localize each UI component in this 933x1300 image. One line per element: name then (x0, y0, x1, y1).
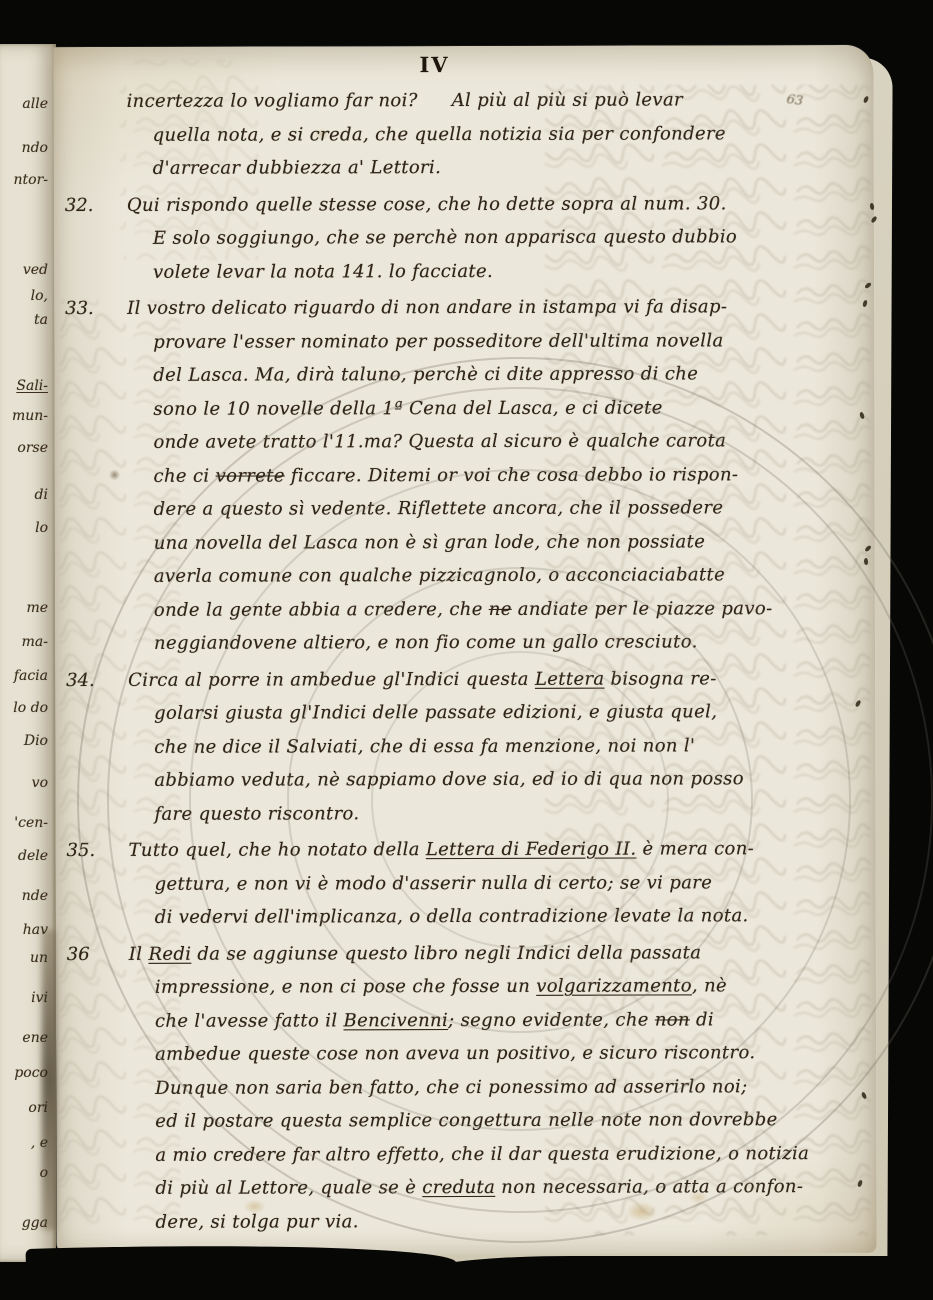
text-line: neggiandovene altiero, e non fio come un… (128, 625, 867, 660)
text-line: che ci vorrete ficcare. Ditemi or voi ch… (127, 457, 866, 492)
binding-gutter (42, 930, 56, 1230)
margin-fragment: ma- (22, 634, 48, 650)
margin-fragment: 'cen- (14, 815, 48, 831)
margin-fragment: lo, (31, 288, 48, 304)
margin-fragment: mun- (12, 408, 48, 424)
text-line: sono le 10 novelle della 1ª Cena del Las… (127, 390, 866, 425)
text-line: dere a questo sì vedente. Riflettete anc… (128, 491, 867, 526)
margin-fragment: ntor- (14, 172, 49, 188)
paragraph: 35.Tutto quel, che ho notato della Lette… (61, 832, 867, 935)
text-line: incertezza lo vogliamo far noi?Al più al… (127, 83, 866, 118)
manuscript-text: incertezza lo vogliamo far noi?Al più al… (60, 83, 869, 1242)
text-line: averla comune con qualche pizzicagnolo, … (128, 558, 867, 593)
margin-fragment: vo (32, 775, 48, 791)
margin-fragment: lo (35, 520, 48, 536)
text-line: di vedervi dell'implicanza, o della cont… (129, 899, 868, 934)
paragraph: 34.Circa al porre in ambedue gl'Indici q… (61, 661, 867, 831)
text-line: d'arrecar dubbiezza a' Lettori. (127, 150, 866, 185)
photo-background: allendontor-vedlo,taSali-mun-orsedilomem… (0, 0, 933, 1300)
text-line: Qui rispondo quelle stesse cose, che ho … (127, 186, 866, 221)
paragraph-number: 32. (60, 188, 127, 289)
text-line: provare l'esser nominato per posseditore… (127, 323, 866, 358)
text-line: che l'avesse fatto il Bencivenni; segno … (129, 1002, 868, 1037)
text-line: ed il postare questa semplice congettura… (129, 1103, 868, 1138)
margin-fragment: ta (34, 312, 48, 328)
text-line: gettura, e non vi è modo d'asserir nulla… (129, 865, 868, 900)
margin-fragment: ved (23, 262, 48, 278)
manuscript-page: IV 63 incertezza lo vogliamo far noi?Al … (53, 45, 876, 1255)
text-line: fare questo riscontro. (128, 795, 867, 830)
paragraph-number: 35. (61, 834, 128, 935)
margin-fragment: Sali- (16, 378, 48, 394)
margin-fragment: Dio (24, 733, 48, 749)
text-line: abbiamo veduta, nè sappiamo dove sia, ed… (128, 762, 867, 797)
text-line: onde la gente abbia a credere, che ne an… (128, 591, 867, 626)
text-line: ambedue queste cose non aveva un positiv… (129, 1036, 868, 1071)
paragraph-lines: Il Redi da se aggiunse questo libro negl… (129, 935, 869, 1238)
text-line: Dunque non saria ben fatto, che ci pones… (129, 1069, 868, 1104)
margin-fragment: lo do (13, 700, 48, 716)
page-header-numeral: IV (419, 52, 449, 77)
text-line: Il Redi da se aggiunse questo libro negl… (129, 935, 868, 970)
paragraph: 33.Il vostro delicato riguardo di non an… (60, 290, 867, 661)
margin-fragment: nde (22, 888, 48, 904)
text-line: onde avete tratto l'11.ma? Questa al sic… (127, 424, 866, 459)
paragraph-lines: incertezza lo vogliamo far noi?Al più al… (127, 83, 866, 185)
text-line: di più al Lettore, quale se è creduta no… (129, 1170, 868, 1205)
page-bottom-shadow (430, 1256, 900, 1296)
paragraph: 32.Qui rispondo quelle stesse cose, che … (60, 186, 866, 289)
margin-fragment: ndo (22, 140, 48, 156)
margin-fragment: dele (18, 848, 48, 864)
text-line: golarsi giusta gl'Indici delle passate e… (128, 695, 867, 730)
margin-fragment: facia (14, 668, 48, 684)
text-line: Il vostro delicato riguardo di non andar… (127, 290, 866, 325)
paragraph-number: 33. (60, 292, 128, 661)
paragraph-lines: Circa al porre in ambedue gl'Indici ques… (128, 661, 867, 830)
paragraph-lines: Qui rispondo quelle stesse cose, che ho … (127, 186, 866, 288)
text-line: dere, si tolga pur via. (129, 1203, 868, 1238)
margin-fragment: alle (22, 96, 48, 112)
text-line: quella nota, e si creda, che quella noti… (127, 116, 866, 151)
paragraph-number: 34. (61, 663, 128, 831)
text-line: Tutto quel, che ho notato della Lettera … (128, 832, 867, 867)
paragraph-lines: Il vostro delicato riguardo di non andar… (127, 290, 867, 660)
text-line: una novella del Lasca non è sì gran lode… (128, 524, 867, 559)
paragraph: incertezza lo vogliamo far noi?Al più al… (60, 83, 866, 186)
paragraph-lines: Tutto quel, che ho notato della Lettera … (128, 832, 867, 934)
text-line: che ne dice il Salviati, che di essa fa … (128, 728, 867, 763)
text-line: a mio credere far altro effetto, che il … (129, 1136, 868, 1171)
margin-fragment: orse (17, 440, 48, 456)
paragraph: 36Il Redi da se aggiunse questo libro ne… (62, 935, 869, 1239)
text-line: E solo soggiungo, che se perchè non appa… (127, 220, 866, 255)
paragraph-number (60, 85, 127, 186)
text-line: del Lasca. Ma, dirà taluno, perchè ci di… (127, 357, 866, 392)
text-line: Circa al porre in ambedue gl'Indici ques… (128, 661, 867, 696)
margin-fragment: me (26, 600, 48, 616)
paragraph-number: 36 (62, 937, 130, 1239)
margin-fragment: di (35, 487, 48, 503)
text-line: volete levar la nota 141. lo facciate. (127, 253, 866, 288)
text-line: impressione, e non ci pose che fosse un … (129, 969, 868, 1004)
